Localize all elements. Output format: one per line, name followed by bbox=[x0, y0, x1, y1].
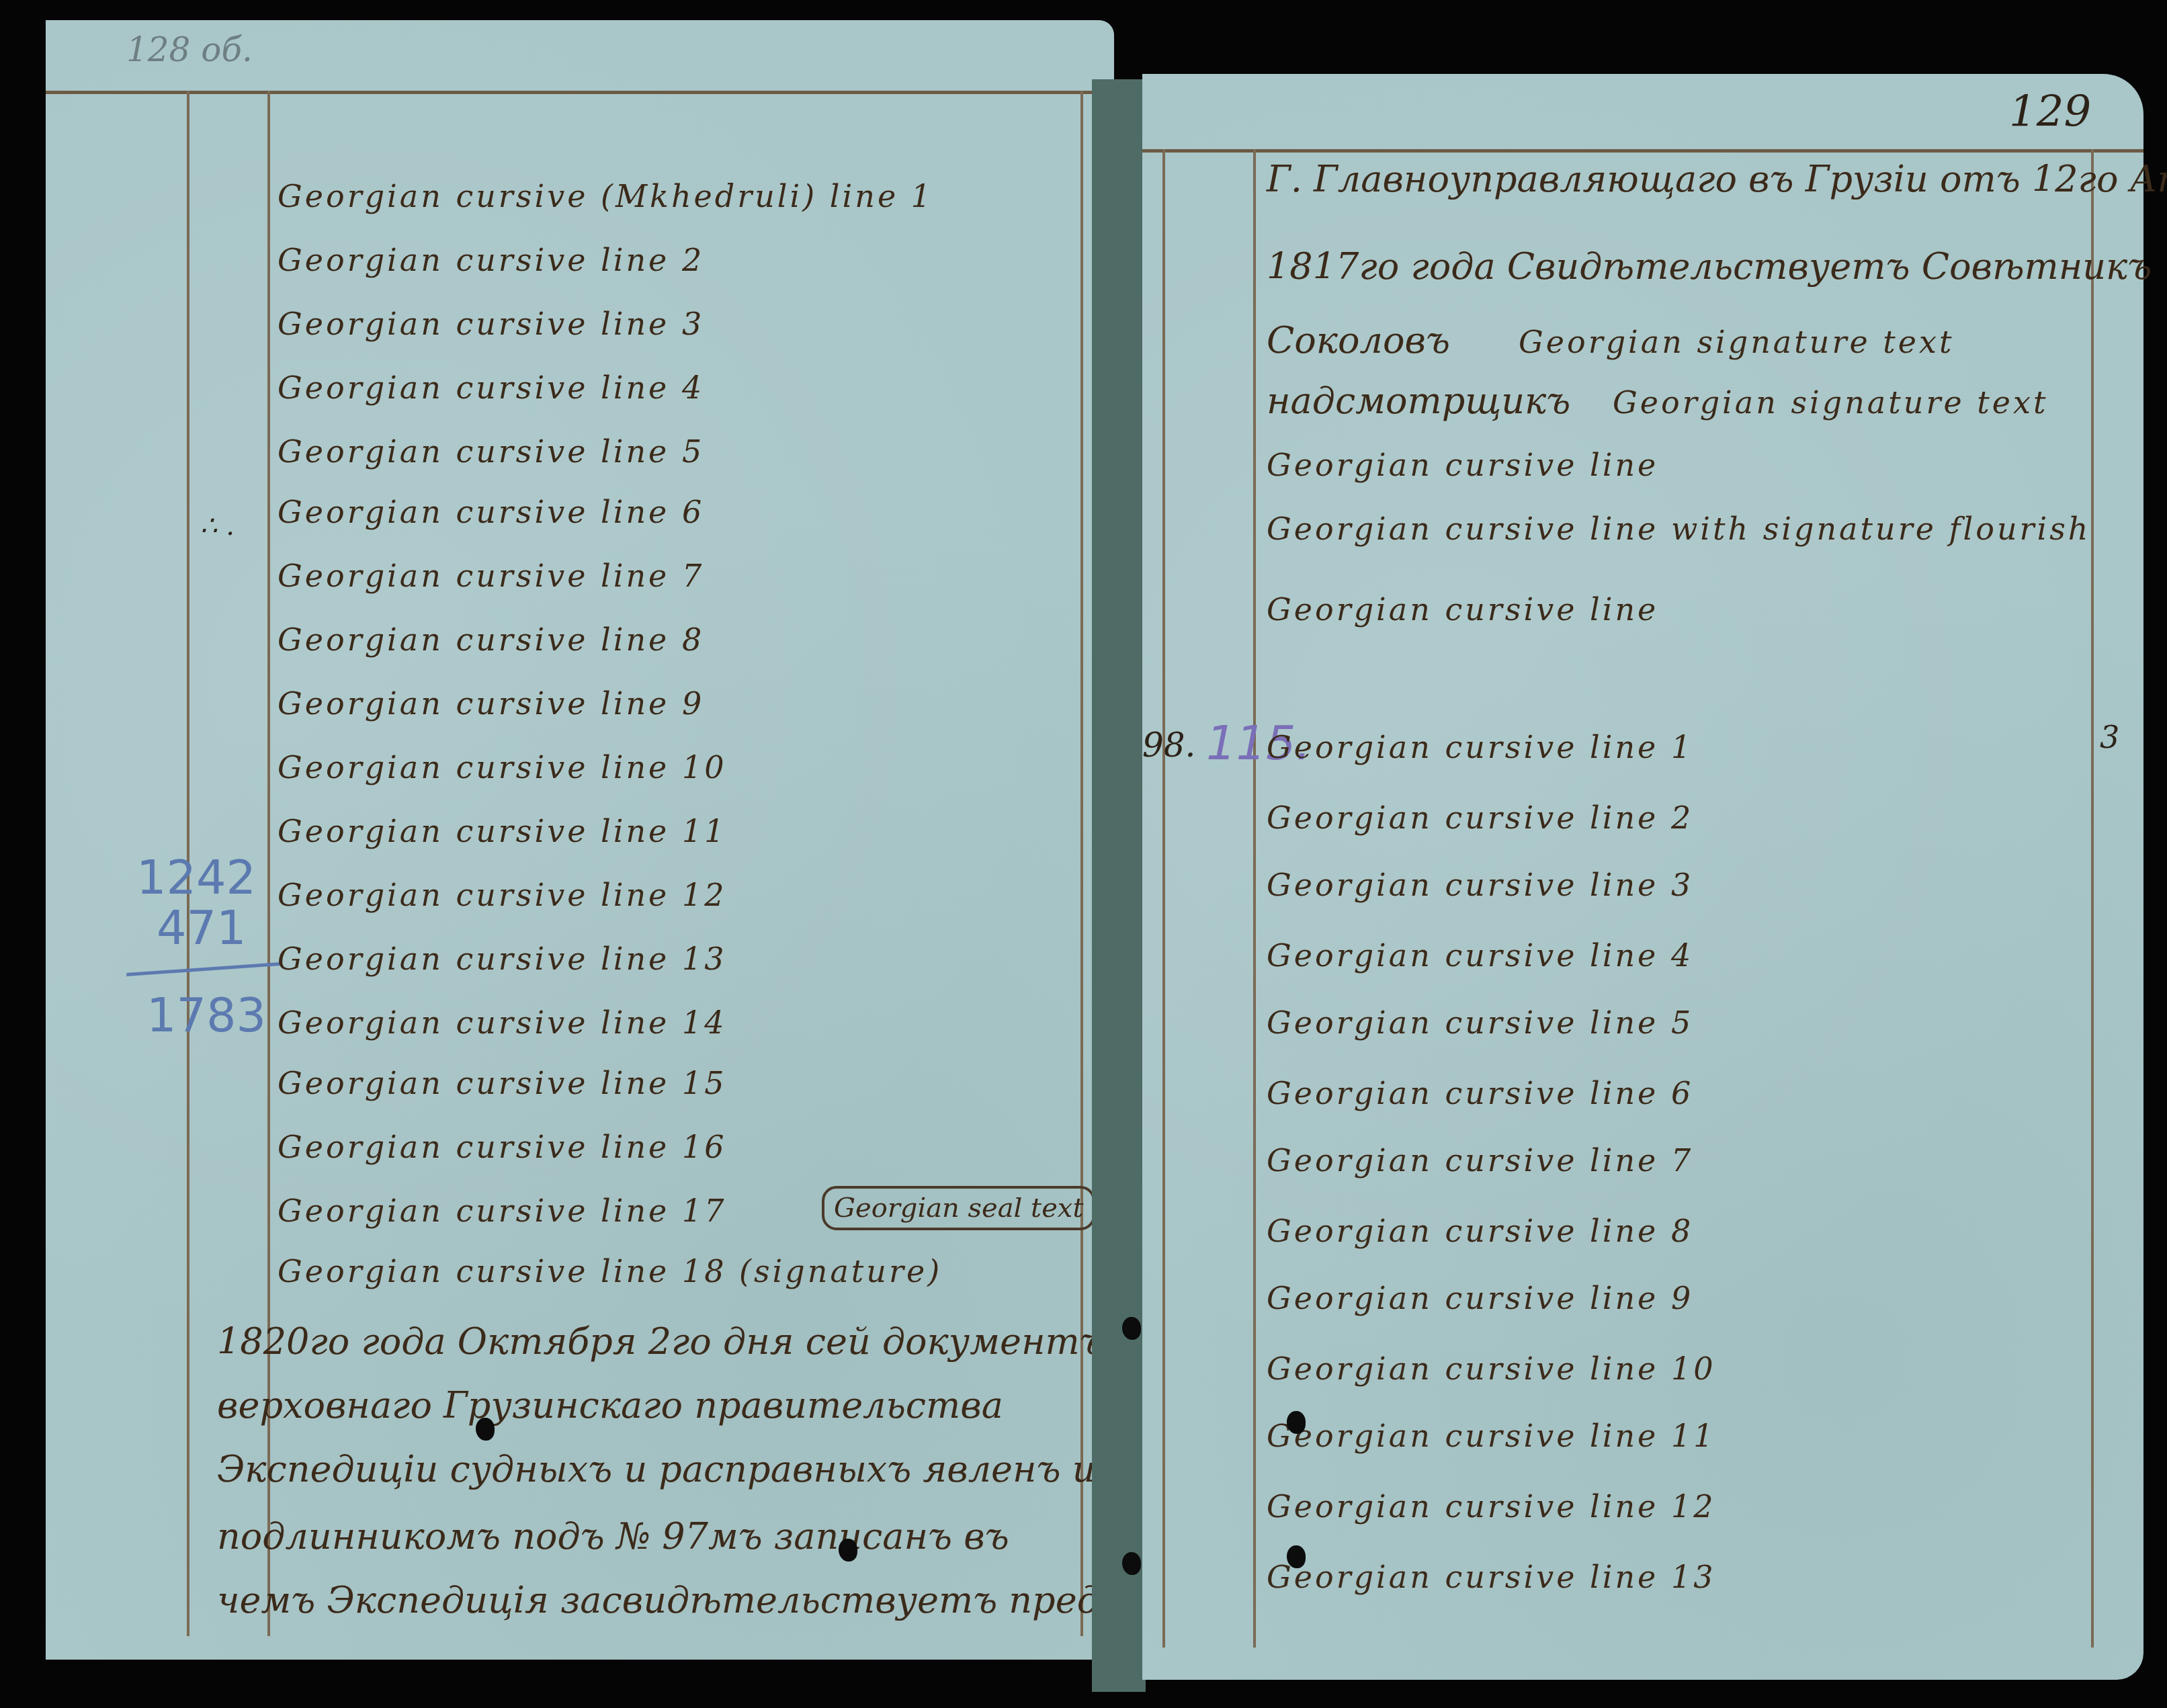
binding-hole bbox=[1122, 1317, 1141, 1340]
signature-line: Georgian cursive line 18 (signature) bbox=[278, 1253, 942, 1289]
text-line: Georgian cursive line 4 bbox=[278, 370, 704, 406]
text-line: Georgian signature text bbox=[1519, 324, 1954, 360]
boxed-seal: Georgian seal text bbox=[822, 1186, 1095, 1230]
pencil-note-middle: 471 bbox=[157, 900, 247, 955]
text-line: Georgian cursive line 5 bbox=[278, 433, 704, 470]
text-line: Georgian cursive line 16 bbox=[278, 1129, 726, 1165]
text-line: Georgian cursive line 5 bbox=[1267, 1005, 1693, 1041]
text-line: Georgian cursive line 7 bbox=[278, 558, 704, 594]
text-line: Georgian cursive line 9 bbox=[1267, 1280, 1693, 1316]
folio-number: 128 об. bbox=[126, 30, 253, 69]
text-line: Georgian cursive line 11 bbox=[1267, 1418, 1715, 1454]
text-line: Georgian cursive line 13 bbox=[1267, 1559, 1715, 1595]
text-line: Georgian cursive line 3 bbox=[1267, 867, 1693, 903]
text-line: подлинникомъ подъ № 97мъ записанъ въ bbox=[217, 1515, 1009, 1557]
text-line: Georgian cursive line 12 bbox=[278, 877, 726, 913]
text-line: Georgian signature text bbox=[1613, 384, 2048, 421]
text-line: Georgian cursive line 3 bbox=[278, 306, 704, 342]
text-line: Georgian cursive line 2 bbox=[278, 242, 704, 278]
text-line: Georgian cursive line bbox=[1267, 591, 1658, 628]
binding-hole bbox=[476, 1418, 495, 1441]
text-line: Georgian cursive line 10 bbox=[278, 749, 726, 785]
text-line: Georgian cursive line 7 bbox=[1267, 1142, 1693, 1179]
pencil-fraction-line bbox=[126, 962, 281, 976]
pencil-note-bottom: 1783 bbox=[146, 988, 266, 1043]
binding-hole bbox=[1122, 1552, 1141, 1575]
text-line: 1817го года Свидѣтельствуетъ Совѣтникъ bbox=[1267, 245, 2152, 288]
text-line: надсмотрщикъ bbox=[1267, 380, 1570, 422]
text-line: 1820го года Октября 2го дня сей документ… bbox=[217, 1320, 1104, 1363]
text-line: Georgian cursive line 12 bbox=[1267, 1488, 1715, 1525]
text-line: верховнаго Грузинскаго правительства bbox=[217, 1384, 1003, 1426]
margin-rule-outer bbox=[1162, 149, 1165, 1648]
signature-line: Georgian cursive line with signature flo… bbox=[1267, 511, 2090, 547]
text-line: Georgian cursive line 1 bbox=[1267, 729, 1693, 765]
entry-number-ink: 98. bbox=[1142, 726, 1196, 765]
text-line: Г. Главноуправляющаго въ Грузiи отъ 12го… bbox=[1267, 158, 2167, 200]
pencil-note-top: 1242 bbox=[136, 850, 256, 905]
binding-hole bbox=[1287, 1411, 1306, 1434]
text-line: Georgian cursive line 8 bbox=[1267, 1213, 1693, 1249]
text-line: Georgian cursive line 15 bbox=[278, 1065, 726, 1101]
folio-number: 129 bbox=[2009, 87, 2091, 137]
text-line: Соколовъ bbox=[1267, 319, 1450, 361]
top-rule bbox=[46, 91, 1094, 94]
text-line: Georgian cursive line 2 bbox=[1267, 800, 1693, 836]
text-line: Georgian cursive (Mkhedruli) line 1 bbox=[278, 178, 933, 214]
text-line: Georgian cursive line 13 bbox=[278, 941, 726, 977]
margin-marks: ∴ . bbox=[200, 511, 235, 542]
text-line: Georgian cursive line 6 bbox=[278, 494, 704, 530]
text-line: Georgian cursive line 8 bbox=[278, 622, 704, 658]
margin-number: 3 bbox=[2100, 719, 2119, 755]
right-rule bbox=[2091, 149, 2094, 1648]
left-page: 128 об. ∴ . 1242 471 1783 Georgian cursi… bbox=[46, 20, 1114, 1660]
margin-rule-inner bbox=[1253, 149, 1256, 1648]
text-line: Georgian cursive line 17 bbox=[278, 1193, 726, 1229]
text-line: Georgian cursive line bbox=[1267, 447, 1658, 483]
binding-hole bbox=[839, 1539, 857, 1562]
text-line: Georgian cursive line 10 bbox=[1267, 1351, 1715, 1387]
text-line: Georgian cursive line 4 bbox=[1267, 937, 1693, 974]
top-rule bbox=[1142, 149, 2143, 153]
text-line: Georgian cursive line 14 bbox=[278, 1005, 726, 1041]
binding-hole bbox=[1287, 1545, 1306, 1568]
text-line: Georgian cursive line 11 bbox=[278, 813, 726, 849]
text-line: Georgian cursive line 9 bbox=[278, 685, 704, 722]
right-rule bbox=[1080, 91, 1083, 1636]
text-line: Georgian cursive line 6 bbox=[1267, 1075, 1693, 1111]
book-gutter bbox=[1092, 79, 1146, 1692]
right-page: 129 Г. Главноуправляющаго въ Грузiи отъ … bbox=[1142, 74, 2143, 1680]
